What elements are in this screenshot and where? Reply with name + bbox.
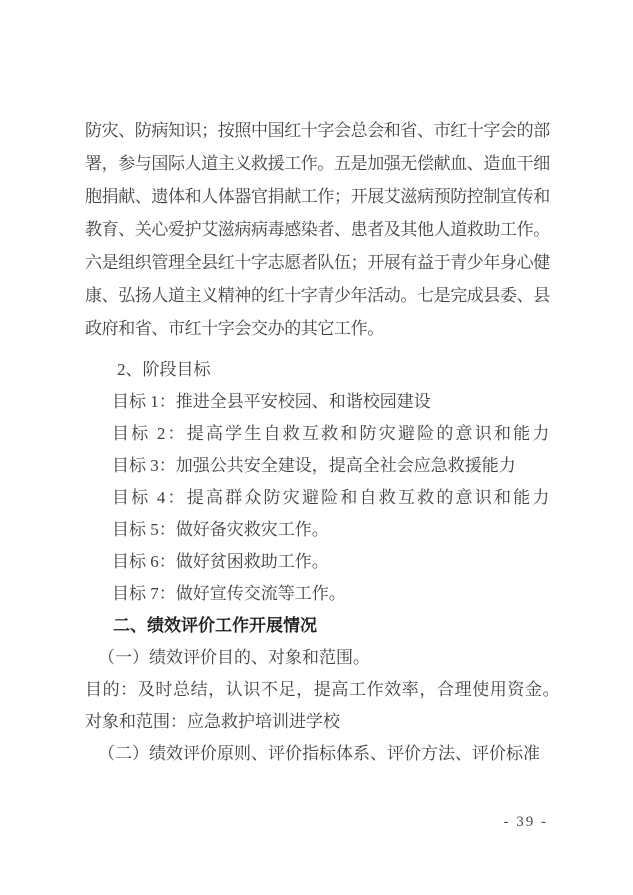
goal-item-1: 目标 1：推进全县平安校园、和谐校园建设 [112,386,565,418]
paragraph-continuation: 防灾、防病知识；按照中国红十字会总会和省、市红十字会的部 署，参与国际人道主义救… [85,114,555,345]
goal-item-2: 目标 2：提高学生自救互救和防灾避险的意识和能力 [112,418,565,450]
paragraph-line: 六是组织管理全县红十字志愿者队伍；开展有益于青少年身心健 [85,246,555,279]
paragraph-line: 署，参与国际人道主义救援工作。五是加强无偿献血、造血干细 [85,147,555,180]
goal-item-7: 目标 7：做好宣传交流等工作。 [112,578,565,610]
section-two-sub1-heading: （一）绩效评价目的、对象和范围。 [98,642,565,674]
goal-item-4: 目标 4：提高群众防灾避险和自救互救的意识和能力 [112,482,565,514]
paragraph-line: 教育、关心爱护艾滋病病毒感染者、患者及其他人道救助工作。 [85,213,555,246]
paragraph-line: 政府和省、市红十字会交办的其它工作。 [85,312,555,345]
page-number: - 39 - [504,812,549,832]
stage-goals-and-section-two: 2、阶段目标 目标 1：推进全县平安校园、和谐校园建设 目标 2：提高学生自救互… [85,354,565,770]
scope-line: 对象和范围：应急救护培训进学校 [85,706,565,738]
section-two-sub2-heading: （二）绩效评价原则、评价指标体系、评价方法、评价标准 [98,738,565,770]
goal-item-6: 目标 6：做好贫困救助工作。 [112,546,565,578]
paragraph-line: 康、弘扬人道主义精神的红十字青少年活动。七是完成县委、县 [85,279,555,312]
goal-item-5: 目标 5：做好备灾救灾工作。 [112,514,565,546]
document-page: 防灾、防病知识；按照中国红十字会总会和省、市红十字会的部 署，参与国际人道主义救… [0,0,633,895]
paragraph-line: 胞捐献、遗体和人体器官捐献工作；开展艾滋病预防控制宣传和 [85,180,555,213]
goal-item-3: 目标 3：加强公共安全建设，提高全社会应急救援能力 [112,450,565,482]
paragraph-line: 防灾、防病知识；按照中国红十字会总会和省、市红十字会的部 [85,114,555,147]
purpose-line: 目的：及时总结，认识不足，提高工作效率，合理使用资金。 [85,674,565,706]
section-two-heading: 二、绩效评价工作开展情况 [113,610,565,642]
stage-goals-heading: 2、阶段目标 [117,354,565,386]
